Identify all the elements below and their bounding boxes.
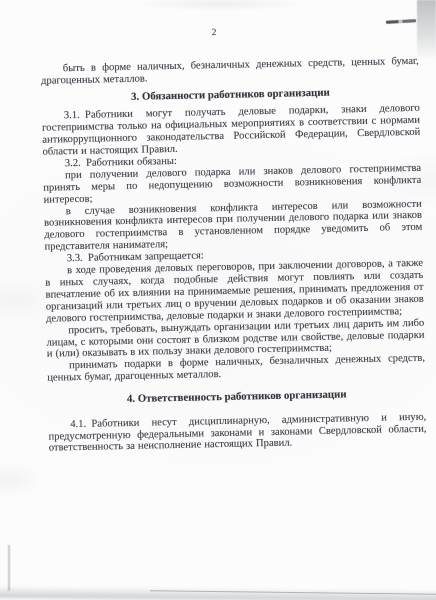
paragraph-3-1: 3.1. Работники могут получать деловые по… (42, 103, 421, 159)
paragraph-4-1: 4.1. Работники несут дисциплинарную, адм… (48, 411, 427, 455)
paragraph-3-2-item-2: в случае возникновения конфликта интерес… (44, 198, 423, 254)
scanned-document-page: 2 быть в форме наличных, безналичных ден… (0, 0, 436, 600)
page-left-edge-line (8, 545, 10, 591)
paragraph-3-3-item-1: в ходе проведения деловых переговоров, п… (45, 258, 424, 325)
document-text-block: 2 быть в форме наличных, безналичных ден… (0, 22, 436, 455)
paragraph-continuation: быть в форме наличных, безналичных денеж… (41, 56, 419, 88)
section-3-heading: 3. Обязанности работников организации (41, 85, 419, 105)
section-4-heading: 4. Ответственность работников организаци… (48, 387, 426, 407)
page-number: 2 (40, 23, 388, 42)
